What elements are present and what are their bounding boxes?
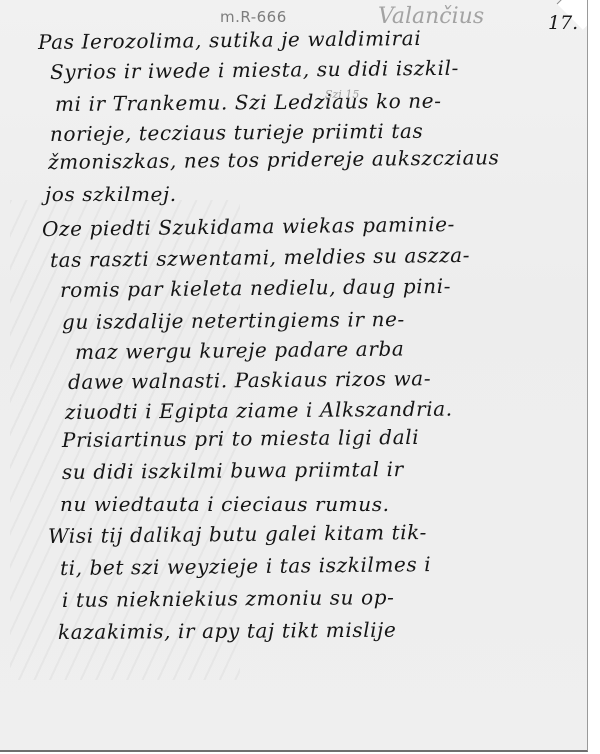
text-line-9: romis par kieleta nedielu, daug pini- bbox=[60, 274, 451, 302]
text-line-18: ti, bet szi weyzieje i tas iszkilmes i bbox=[60, 552, 431, 580]
text-line-6: jos szkilmej. bbox=[45, 182, 177, 206]
text-line-12: dawe walnasti. Paskiaus rizos wa- bbox=[68, 366, 431, 394]
text-line-10: gu iszdalije netertingiems ir ne- bbox=[62, 307, 405, 334]
text-line-13: ziuodti i Egipta ziame i Alkszandria. bbox=[65, 397, 453, 424]
text-line-3: mi ir Trankemu. Szi Ledziaus ko ne- bbox=[55, 89, 442, 116]
text-line-8: tas raszti szwentami, meldies su aszza- bbox=[50, 243, 470, 272]
text-line-5: žmoniszkas, nes tos pridereje aukszcziau… bbox=[48, 145, 500, 174]
text-line-11: maz wergu kureje padare arba bbox=[75, 337, 405, 364]
text-line-17: Wisi tij dalikaj butu galei kitam tik- bbox=[48, 520, 427, 548]
archive-shelfmark: m.R-666 bbox=[220, 8, 287, 26]
text-line-2: Syrios ir iwede i miesta, su didi iszkil… bbox=[50, 56, 459, 84]
text-line-7: Oze piedti Szukidama wiekas paminie- bbox=[42, 212, 455, 241]
text-line-15: su didi iszkilmi buwa priimtal ir bbox=[62, 457, 404, 484]
author-annotation: Valančius bbox=[378, 4, 484, 29]
text-line-20: kazakimis, ir apy taj tikt mislije bbox=[58, 618, 397, 644]
text-line-19: i tus niekniekius zmoniu su op- bbox=[62, 585, 395, 612]
manuscript-page: m.R-666 Valančius 17. Szi 15 Pas Ierozol… bbox=[0, 0, 588, 752]
text-line-1: Pas Ierozolima, sutika je waldimirai bbox=[38, 26, 422, 54]
text-line-16: nu wiedtauta i cieciaus rumus. bbox=[60, 492, 390, 516]
text-line-4: norieje, tecziaus turieje priimti tas bbox=[50, 119, 424, 146]
page-number: 17. bbox=[548, 12, 578, 34]
text-line-14: Prisiartinus pri to miesta ligi dali bbox=[62, 425, 419, 452]
